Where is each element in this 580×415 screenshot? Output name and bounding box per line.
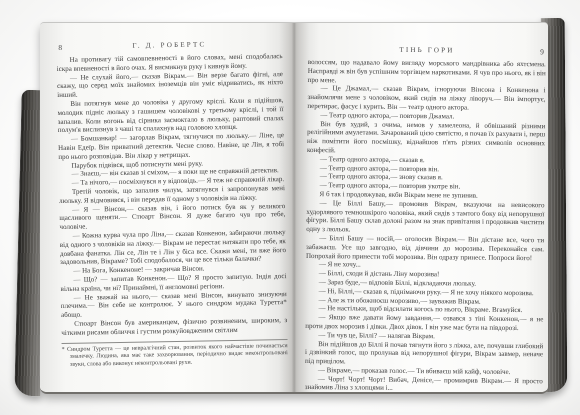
paragraph: Він був худий, з очима, немов у хамелеон… (307, 120, 545, 157)
paragraph: — Не слухай його,— сказав Вікрам.— Він в… (57, 70, 283, 100)
footnote-text: * Синдром Туретта — це невралгічний стан… (62, 343, 288, 369)
paragraph: — Кожна курва чула про Ліна,— сказав Кон… (60, 228, 287, 267)
paragraph: — Це Біллі Башу,— промовив Вікрам, вказу… (306, 199, 544, 236)
footnote: * Синдром Туретта — це невралгічний стан… (62, 339, 288, 369)
page-number: 8 (58, 43, 62, 52)
paragraph: — Біллі Башу — носій,— оголосив Вікрам.—… (306, 234, 544, 263)
left-body-text: На противагу тій самовпевненості в його … (57, 52, 288, 337)
paragraph: Він підійшов до Біллі й почав тягнути йо… (305, 339, 543, 368)
paragraph: — Я — Вінсон,— сказав він, і його потиск… (59, 202, 285, 232)
page-number: 9 (540, 47, 544, 56)
paragraph: волоссям, що надавало йому вигляду морсь… (308, 58, 546, 87)
paragraph: Стюарт Вінсон був американцем, фізично р… (61, 316, 287, 338)
paragraph: — Якщо вже давати йому завдання,— озвавс… (305, 313, 543, 333)
paragraph: — Не зважай на нього,— сказав мені Вінсо… (61, 290, 287, 320)
paragraph: Він потягнув мене до чоловіка у другому … (57, 96, 284, 135)
right-body-text: волоссям, що надавало йому вигляду морсь… (305, 58, 546, 395)
right-running-head: ТІНЬ ГОРИ 9 (308, 45, 546, 60)
paragraph: — Бомшанкар! — загорлав Вікрам, тягнучис… (58, 131, 284, 161)
right-page: ТІНЬ ГОРИ 9 волоссям, що надавало йому в… (305, 45, 546, 395)
book-photo: { "book": { "left_page": { "page_number"… (0, 0, 580, 415)
running-header: ТІНЬ ГОРИ (308, 45, 546, 55)
paragraph: — Чорт! Чорт! Чорт! Вибач, Денісе,— пром… (305, 375, 543, 395)
paragraph: — Це Джамал,— сказав Вікрам, ігноруючи В… (307, 84, 545, 113)
left-page: 8 Г. Д. РОБЕРТС На противагу тій самовпе… (56, 39, 288, 369)
book-spread: 8 Г. Д. РОБЕРТС На противагу тій самовпе… (18, 16, 566, 400)
open-pages: 8 Г. Д. РОБЕРТС На противагу тій самовпе… (40, 22, 548, 394)
